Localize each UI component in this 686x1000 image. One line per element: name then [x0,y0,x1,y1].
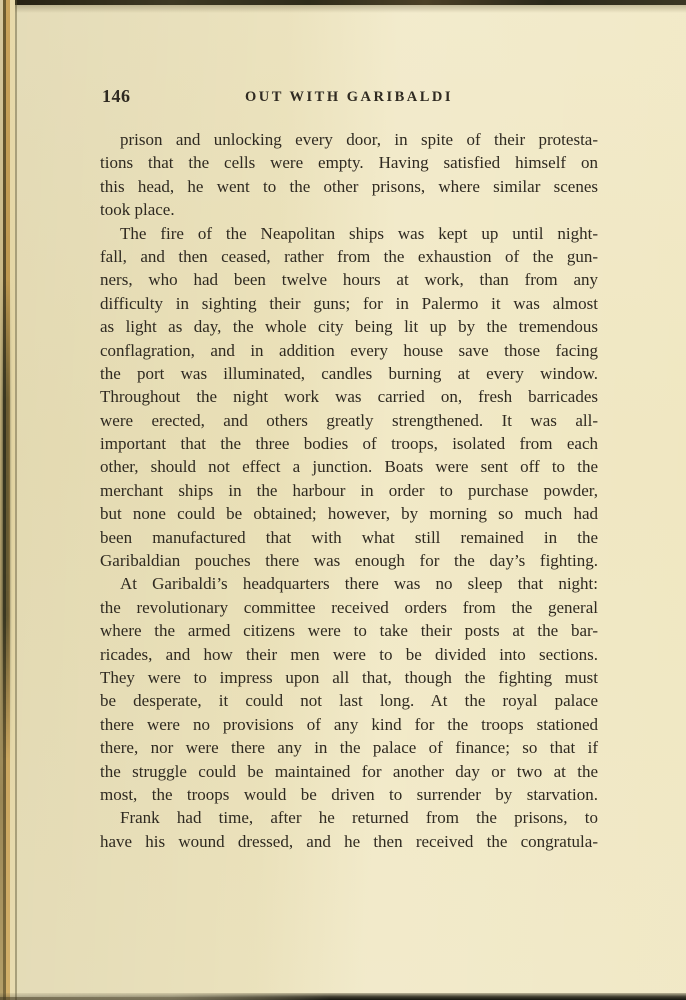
text-line: the revolutionary committee received ord… [100,596,598,619]
text-line: At Garibaldi’s headquarters there was no… [100,572,598,595]
text-line: most, the troops would be driven to surr… [100,783,598,806]
text-line: They were to impress upon all that, thou… [100,666,598,689]
paragraph: At Garibaldi’s headquarters there was no… [100,572,598,806]
text-line: ricades, and how their men were to be di… [100,643,598,666]
gutter-shadow [2,280,10,760]
text-line: ners, who had been twelve hours at work,… [100,268,598,291]
text-line: there were no provisions of any kind for… [100,713,598,736]
text-line: fall, and then ceased, rather from the e… [100,245,598,268]
text-line: Garibaldian pouches there was enough for… [100,549,598,572]
text-line: as light as day, the whole city being li… [100,315,598,338]
text-line: The fire of the Neapolitan ships was kep… [100,222,598,245]
text-line: be desperate, it could not last long. At… [100,689,598,712]
text-line: the port was illuminated, candles burnin… [100,362,598,385]
text-line: have his wound dressed, and he then rece… [100,830,598,853]
text-line: Frank had time, after he returned from t… [100,806,598,829]
text-line: but none could be obtained; however, by … [100,502,598,525]
text-line: where the armed citizens were to take th… [100,619,598,642]
text-line: prison and unlocking every door, in spit… [100,128,598,151]
text-line: merchant ships in the harbour in order t… [100,479,598,502]
text-line: took place. [100,198,598,221]
paragraph: prison and unlocking every door, in spit… [100,128,598,222]
text-line: conflagration, and in addition every hou… [100,339,598,362]
text-line: important that the three bodies of troop… [100,432,598,455]
text-line: other, should not effect a junction. Boa… [100,455,598,478]
paragraph: The fire of the Neapolitan ships was kep… [100,222,598,573]
page-header-row: 146 OUT WITH GARIBALDI [100,86,598,107]
running-header: OUT WITH GARIBALDI [245,89,453,106]
spine-edge-inner-line [15,0,17,1000]
body-text: prison and unlocking every door, in spit… [100,128,598,853]
page-top-edge-shade [0,5,686,13]
text-line: difficulty in sighting their guns; for i… [100,292,598,315]
text-line: there, nor were there any in the palace … [100,736,598,759]
paragraph: Frank had time, after he returned from t… [100,806,598,853]
text-line: been manufactured that with what still r… [100,526,598,549]
page-content: 146 OUT WITH GARIBALDI prison and unlock… [100,86,598,853]
text-line: Throughout the night work was carried on… [100,385,598,408]
text-line: tions that the cells were empty. Having … [100,151,598,174]
book-page-scan: 146 OUT WITH GARIBALDI prison and unlock… [0,0,686,1000]
text-line: the struggle could be maintained for ano… [100,760,598,783]
page-number: 146 [102,86,131,107]
text-line: this head, he went to the other prisons,… [100,175,598,198]
text-line: were erected, and others greatly strengt… [100,409,598,432]
